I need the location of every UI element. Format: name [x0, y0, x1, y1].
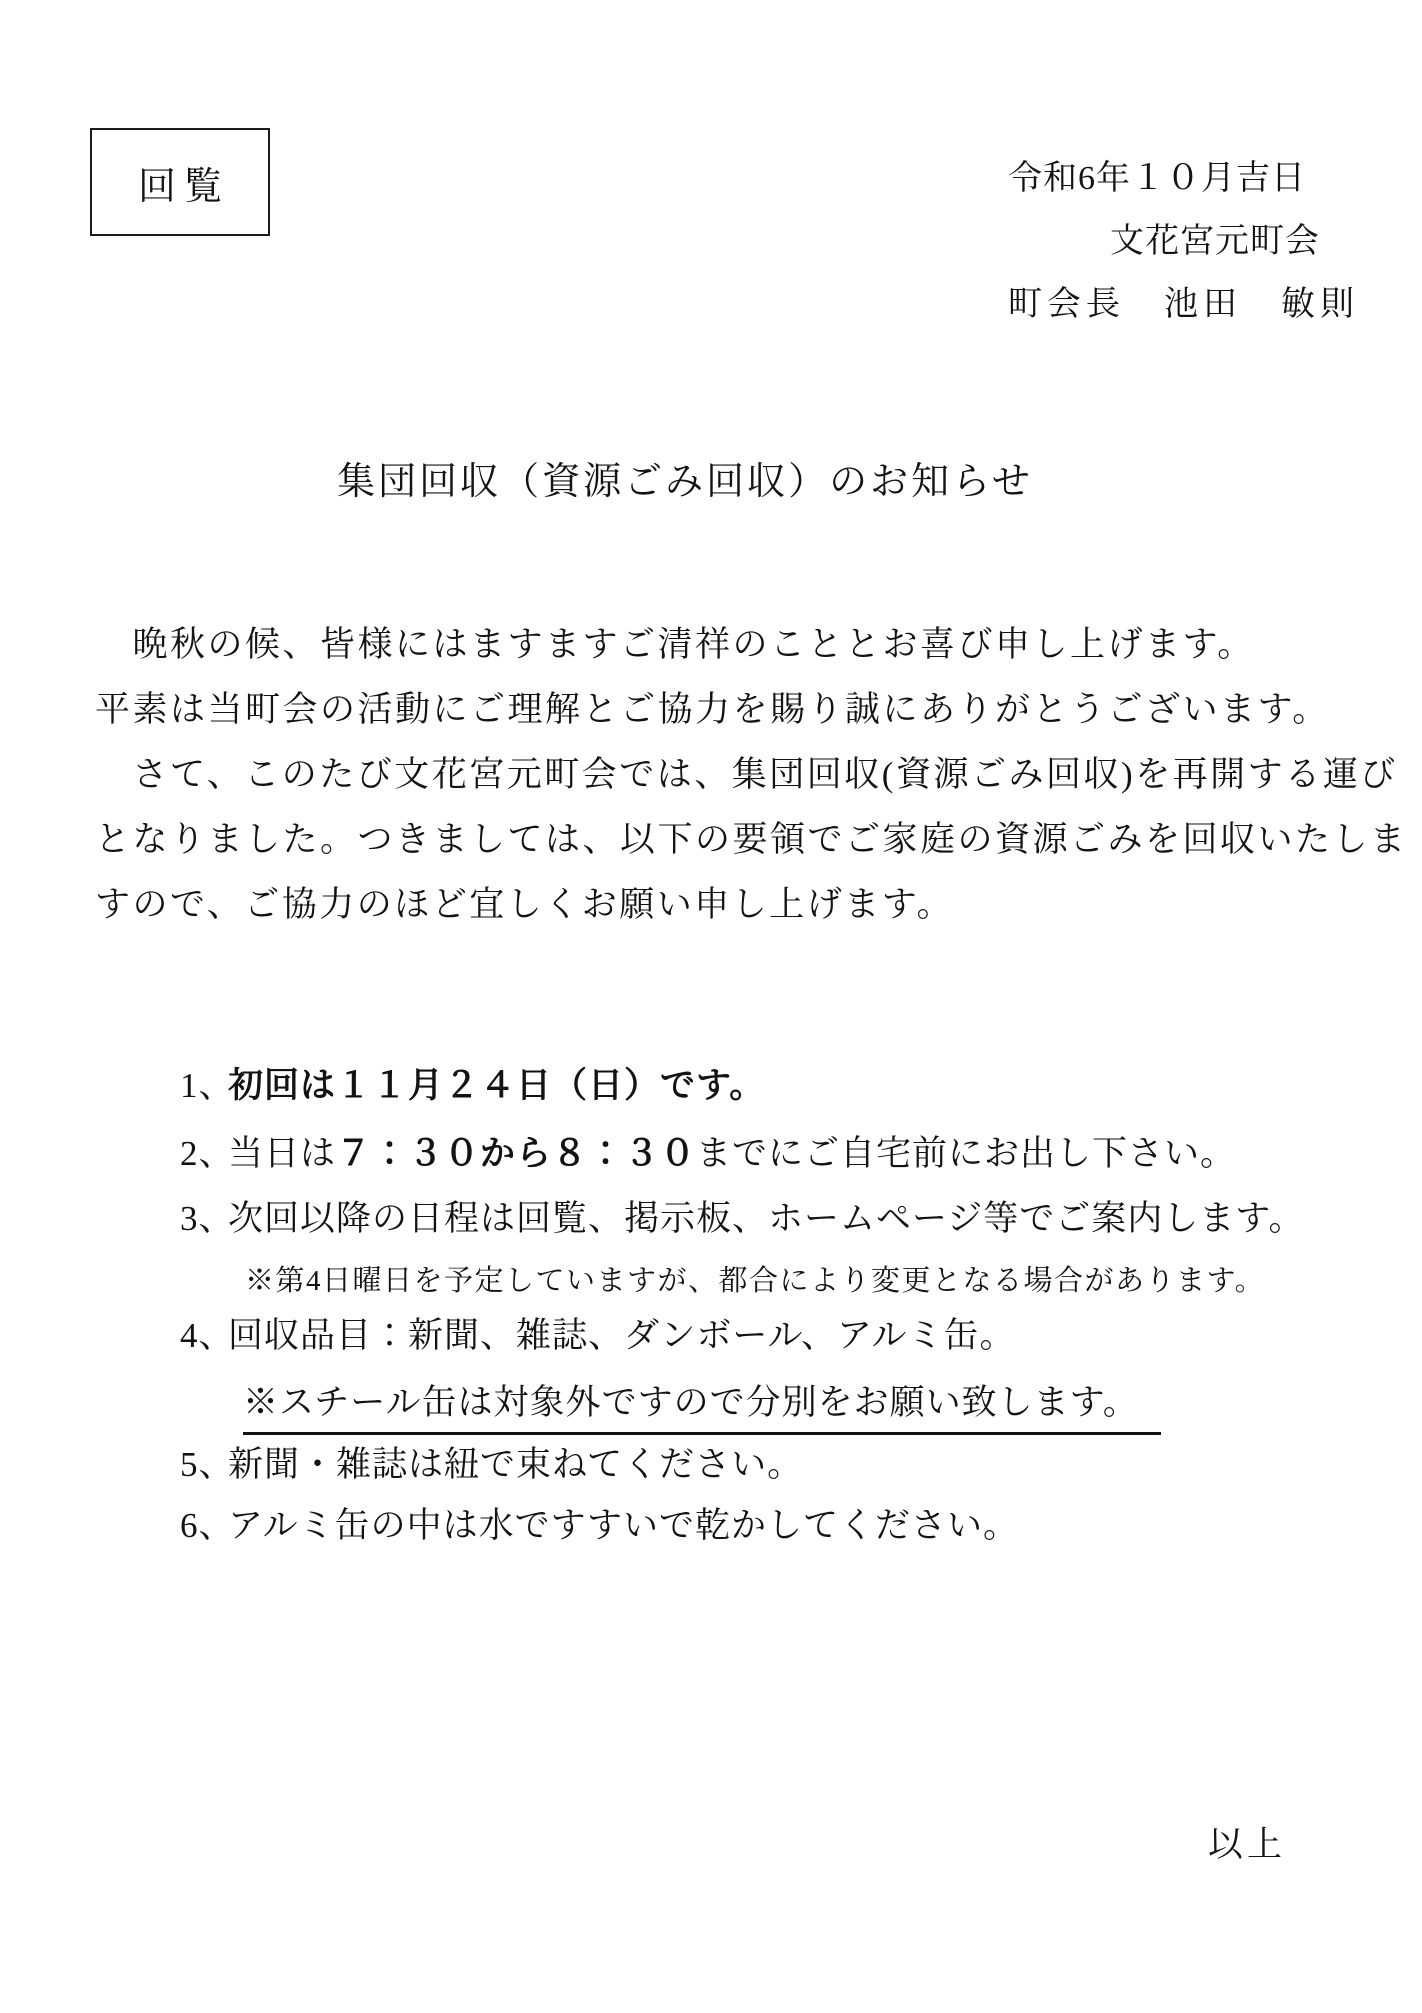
- list-item-2-text-post: までにご自宅前にお出し下さい。: [696, 1134, 1236, 1173]
- page-title: 集団回収（資源ごみ回収）のお知らせ: [95, 450, 1275, 505]
- circulation-stamp-box: 回覧: [90, 128, 270, 236]
- list-item-2: 2、当日は７：３０から８：３０までにご自宅前にお出し下さい。: [180, 1126, 1236, 1176]
- list-item-1-text: 初回は１１月２４日（日）です。: [228, 1066, 765, 1105]
- list-item-1: 1、初回は１１月２４日（日）です。: [180, 1058, 765, 1108]
- steel-can-note: ※スチール缶は対象外ですので分別をお願い致します。: [243, 1375, 1161, 1435]
- list-item-1-number: 1、: [180, 1058, 228, 1108]
- list-item-4-text: 回収品目：新聞、雑誌、ダンボール、アルミ缶。: [228, 1316, 1015, 1355]
- document-page: 回覧 令和6年１０月吉日 文花宮元町会 町会長 池田 敏則 集団回収（資源ごみ回…: [0, 0, 1422, 2013]
- paragraph-line: さて、このたび文花宮元町会では、集団回収(資源ごみ回収)を再開する運び: [95, 742, 1408, 807]
- closing-ijou: 以上: [1208, 1817, 1286, 1867]
- list-item-2-number: 2、: [180, 1126, 228, 1176]
- list-item-6: 6、アルミ缶の中は水ですすいで乾かしてください。: [180, 1498, 1019, 1548]
- schedule-note: ※第4日曜日を予定していますが、都合により変更となる場合があります。: [245, 1258, 1265, 1299]
- list-item-3-number: 3、: [180, 1191, 228, 1241]
- paragraph-line: 晩秋の候、皆様にはますますご清祥のこととお喜び申し上げます。: [95, 612, 1408, 677]
- list-item-2-text-pre: 当日は: [228, 1134, 336, 1173]
- header-signer: 町会長 池田 敏則: [1008, 276, 1359, 325]
- list-item-5-text: 新聞・雑誌は紐で束ねてください。: [228, 1445, 803, 1484]
- list-item-4: 4、回収品目：新聞、雑誌、ダンボール、アルミ缶。: [180, 1308, 1015, 1358]
- list-item-6-number: 6、: [180, 1498, 228, 1548]
- greeting-paragraph: 晩秋の候、皆様にはますますご清祥のこととお喜び申し上げます。 平素は当町会の活動…: [95, 612, 1408, 937]
- list-item-4-number: 4、: [180, 1308, 228, 1358]
- paragraph-line: 平素は当町会の活動にご理解とご協力を賜り誠にありがとうございます。: [95, 677, 1408, 742]
- header-date: 令和6年１０月吉日: [1008, 150, 1306, 199]
- list-item-5: 5、新聞・雑誌は紐で束ねてください。: [180, 1437, 803, 1487]
- list-item-3: 3、次回以降の日程は回覧、掲示板、ホームページ等でご案内します。: [180, 1191, 1305, 1241]
- list-item-5-number: 5、: [180, 1437, 228, 1487]
- list-item-2-text-bold: ７：３０から８：３０: [336, 1134, 696, 1173]
- paragraph-line: すので、ご協力のほど宜しくお願い申し上げます。: [95, 872, 1408, 937]
- list-item-6-text: アルミ缶の中は水ですすいで乾かしてください。: [228, 1506, 1019, 1545]
- circulation-stamp-label: 回覧: [130, 155, 230, 210]
- list-item-3-text: 次回以降の日程は回覧、掲示板、ホームページ等でご案内します。: [228, 1199, 1305, 1238]
- paragraph-line: となりました。つきましては、以下の要領でご家庭の資源ごみを回収いたしま: [95, 807, 1408, 872]
- steel-can-note-text: ※スチール缶は対象外ですので分別をお願い致します。: [243, 1375, 1161, 1435]
- header-organization: 文花宮元町会: [1110, 213, 1320, 262]
